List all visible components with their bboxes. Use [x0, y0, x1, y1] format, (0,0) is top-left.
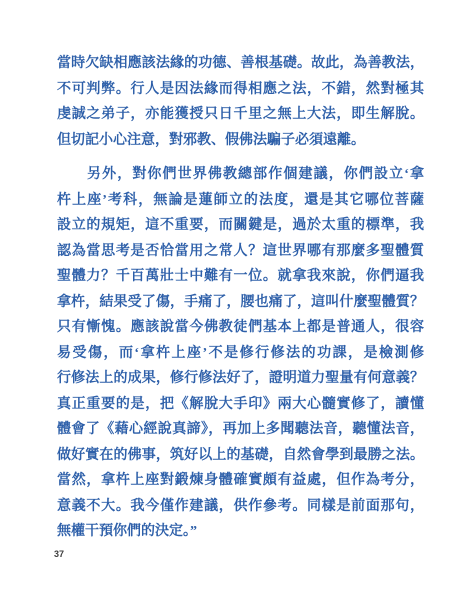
page-number: 37: [54, 549, 64, 559]
text-line: 當時欠缺相應該法緣的功德、善根基礎。故此，為善教法，: [57, 51, 424, 77]
text-line: 體會了《藉心經說真諦》，再加上多聞聽法音，聽懂法音，: [57, 417, 424, 443]
text-line: 只有慚愧。應該說當今佛教徒們基本上都是普通人，很容: [57, 315, 424, 341]
paragraph: 另外，對你們世界佛教總部作個建議，你們設立‘拿杵上座’考科，無論是蓮師立的法度，…: [57, 162, 424, 545]
document-page: 當時欠缺相應該法緣的功德、善根基礎。故此，為善教法，不可判弊。行人是因法緣而得相…: [0, 0, 464, 600]
document-text: 當時欠缺相應該法緣的功德、善根基礎。故此，為善教法，不可判弊。行人是因法緣而得相…: [57, 51, 424, 545]
text-line: 易受傷，而‘拿杵上座’不是修行修法的功課，是檢測修: [57, 341, 424, 367]
text-line: 當然，拿杵上座對鍛煉身體確實頗有益處，但作為考分，: [57, 468, 424, 494]
text-line: 真正重要的是，把《解脫大手印》兩大心髓實修了，讀懂: [57, 392, 424, 418]
text-line: 拿杵，結果受了傷，手痛了，腰也痛了，這叫什麼聖體質？: [57, 290, 424, 316]
text-line: 無權干預你們的決定。”: [57, 519, 424, 545]
text-line: 設立的規矩，這不重要，而關鍵是，過於太重的標準，我: [57, 213, 424, 239]
text-line: 做好實在的佛事，筑好以上的基礎，自然會學到最勝之法。: [57, 443, 424, 469]
text-line: 另外，對你們世界佛教總部作個建議，你們設立‘拿: [57, 162, 424, 188]
text-line: 聖體力？千百萬壯士中難有一位。就拿我來說，你們逼我: [57, 264, 424, 290]
text-line: 意義不大。我今僅作建議，供作參考。同樣是前面那句，: [57, 494, 424, 520]
text-line: 但切記小心注意，對邪教、假佛法騙子必須遠離。: [57, 128, 424, 154]
text-line: 行修法上的成果，修行修法好了，證明道力聖量有何意義？: [57, 366, 424, 392]
paragraph: 當時欠缺相應該法緣的功德、善根基礎。故此，為善教法，不可判弊。行人是因法緣而得相…: [57, 51, 424, 153]
text-line: 認為當思考是否恰當用之常人？這世界哪有那麼多聖體質: [57, 239, 424, 265]
text-line: 杵上座’考科，無論是蓮師立的法度，還是其它哪位菩薩: [57, 188, 424, 214]
text-line: 虔誠之弟子，亦能獲授只日千里之無上大法，即生解脫。: [57, 102, 424, 128]
text-line: 不可判弊。行人是因法緣而得相應之法，不錯，然對極其: [57, 77, 424, 103]
